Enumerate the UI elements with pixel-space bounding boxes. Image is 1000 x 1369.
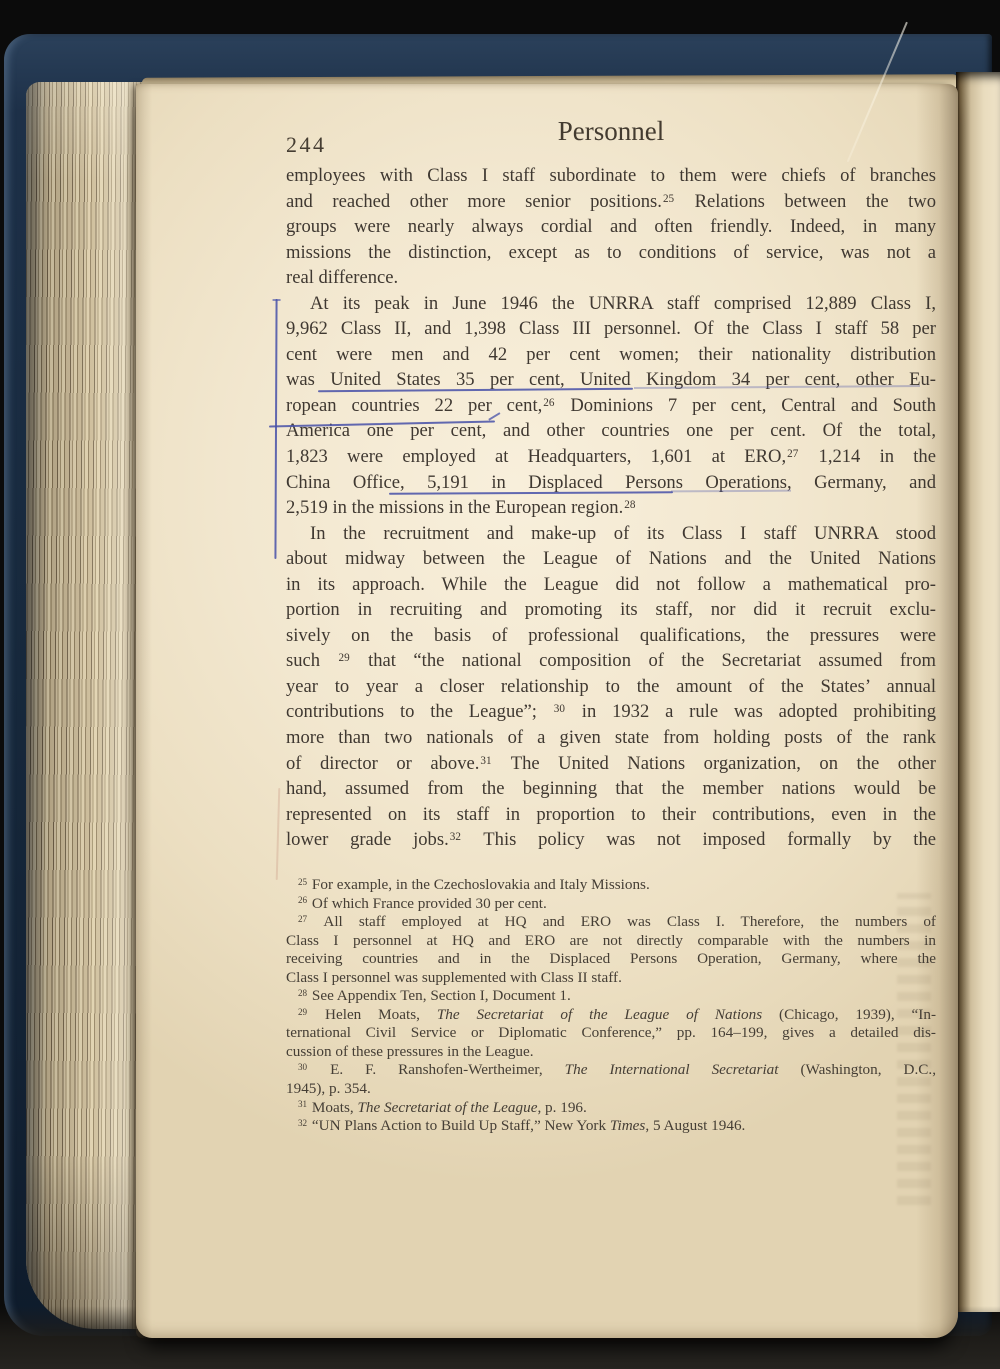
text-line: At its peak in June 1946 the UNRRA staff…	[286, 291, 936, 317]
text-line: ternational Civil Service or Diplomatic …	[286, 1024, 936, 1043]
text-line: 1945), p. 354.	[286, 1080, 936, 1099]
text-line: and reached other more senior positions.…	[286, 189, 936, 215]
text-line: employees with Class I staff subordinate…	[286, 163, 936, 189]
text-line: sively on the basis of professional qual…	[286, 623, 936, 649]
text-line: more than two nationals of a given state…	[286, 725, 936, 751]
text-line: of director or above.31 The United Natio…	[286, 751, 936, 777]
book-background: { "page": { "number": "244", "header_tit…	[0, 0, 1000, 1369]
text-line: Class I personnel was supplemented with …	[286, 969, 936, 988]
text-line: cussion of these pressures in the League…	[286, 1043, 936, 1062]
facing-page-edge	[956, 72, 1000, 1312]
page-edge-stack	[26, 82, 148, 1329]
text-line: contributions to the League”; 30 in 1932…	[286, 699, 936, 725]
text-line: cent were men and 42 per cent women; the…	[286, 342, 936, 368]
text-line: 32 “UN Plans Action to Build Up Staff,” …	[286, 1117, 936, 1136]
text-line: year to year a closer relationship to th…	[286, 674, 936, 700]
text-line: in its approach. While the League did no…	[286, 572, 936, 598]
text-line: receiving countries and in the Displaced…	[286, 950, 936, 969]
text-line: Class I personnel at HQ and ERO are not …	[286, 932, 936, 951]
text-line: 26 Of which France provided 30 per cent.	[286, 895, 936, 914]
text-line: hand, assumed from the beginning that th…	[286, 776, 936, 802]
text-line: 9,962 Class II, and 1,398 Class III pers…	[286, 316, 936, 342]
text-line: In the recruitment and make-up of its Cl…	[286, 521, 936, 547]
text-line: 31 Moats, The Secretariat of the League,…	[286, 1099, 936, 1118]
text-line: lower grade jobs.32 This policy was not …	[286, 827, 936, 853]
text-line: represented on its staff in proportion t…	[286, 802, 936, 828]
footnotes: 25 For example, in the Czechoslovakia an…	[286, 876, 936, 1136]
text-line: ropean countries 22 per cent,26 Dominion…	[286, 393, 936, 419]
text-line: missions the distinction, except as to c…	[286, 240, 936, 266]
text-line: such 29 that “the national composition o…	[286, 648, 936, 674]
text-line: 29 Helen Moats, The Secretariat of the L…	[286, 1006, 936, 1025]
text-line: 27 All staff employed at HQ and ERO was …	[286, 913, 936, 932]
text-line: real difference.	[286, 265, 936, 291]
body-text: employees with Class I staff subordinate…	[286, 163, 936, 853]
text-line: 1,823 were employed at Headquarters, 1,6…	[286, 444, 936, 470]
text-line: portion in recruiting and promoting its …	[286, 597, 936, 623]
text-line: groups were nearly always cordial and of…	[286, 214, 936, 240]
text-line: about midway between the League of Natio…	[286, 546, 936, 572]
text-line: 25 For example, in the Czechoslovakia an…	[286, 876, 936, 895]
text-line: 30 E. F. Ranshofen-Wertheimer, The Inter…	[286, 1061, 936, 1080]
text-line: 28 See Appendix Ten, Section I, Document…	[286, 987, 936, 1006]
text-line: 2,519 in the missions in the European re…	[286, 495, 936, 521]
page-header-title: Personnel	[286, 116, 936, 147]
